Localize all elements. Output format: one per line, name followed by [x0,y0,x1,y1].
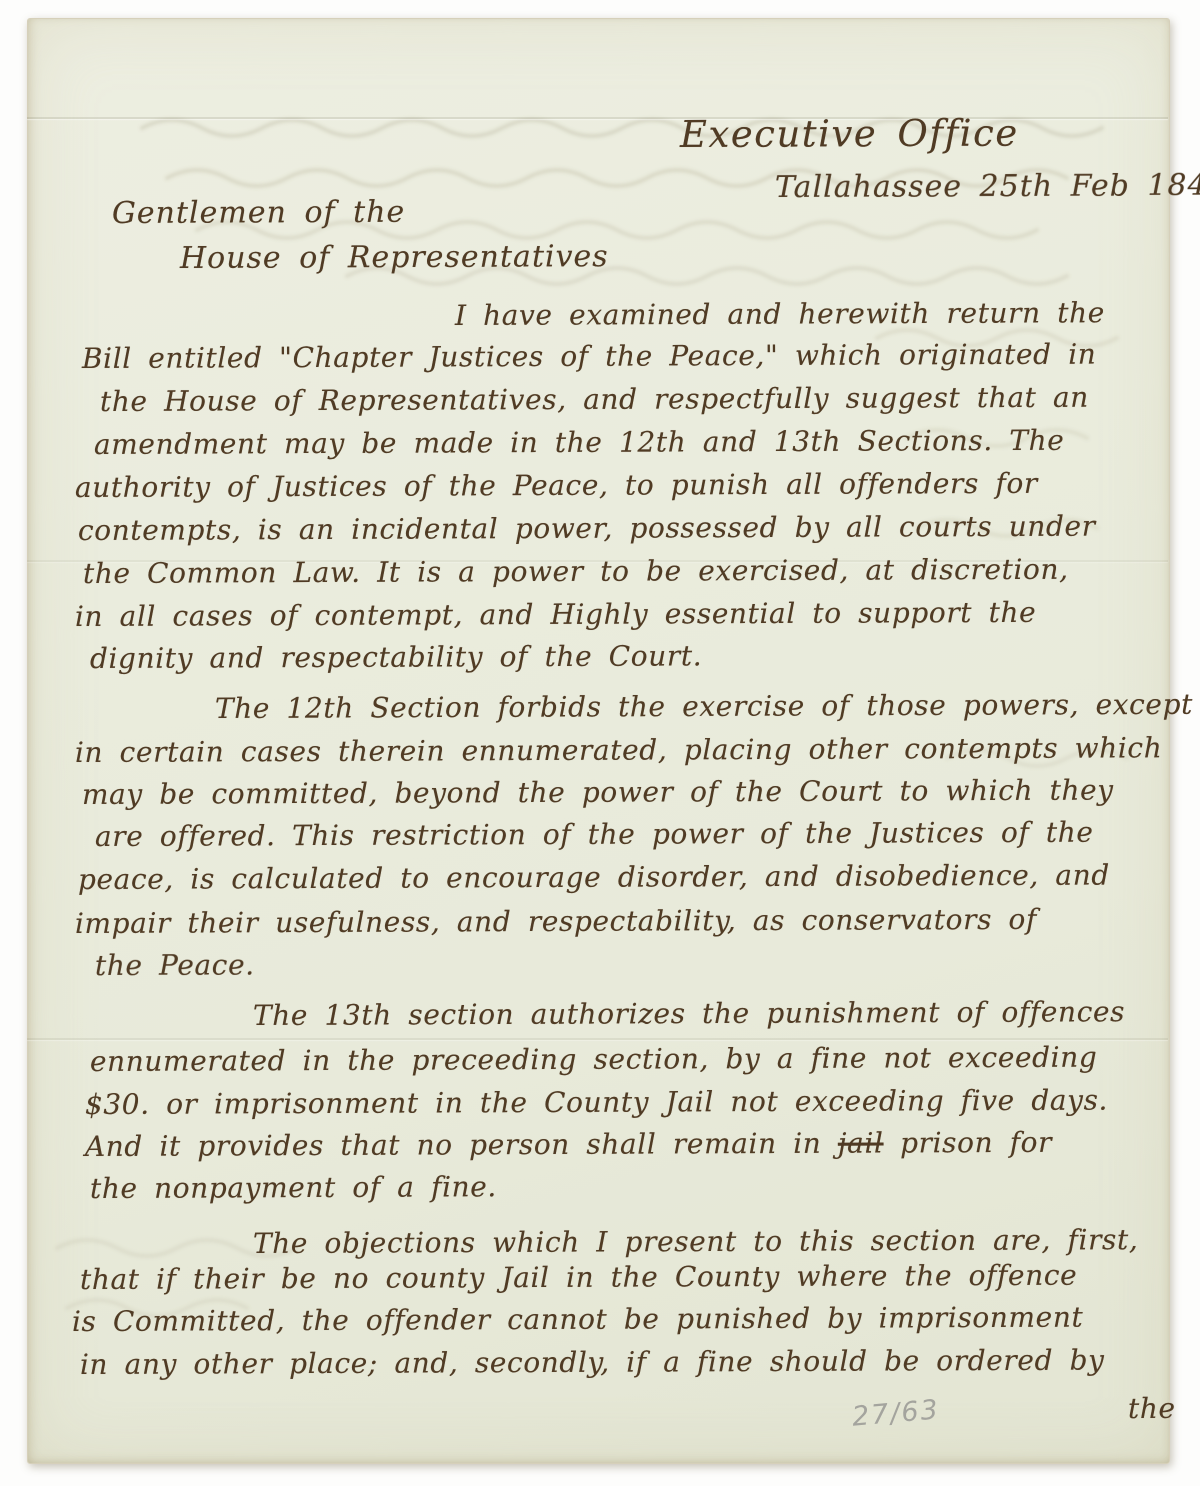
manuscript-line: ennumerated in the preceeding section, b… [90,1041,1098,1078]
heading-dateline: Tallahassee 25th Feb 1843. [775,168,1200,205]
manuscript-line: in all cases of contempt, and Highly ess… [75,596,1036,633]
line-text-before-strike: And it provides that no person shall rem… [85,1127,838,1163]
manuscript-line: in certain cases therein ennumerated, pl… [75,731,1163,769]
manuscript-line: authority of Justices of the Peace, to p… [75,467,1038,504]
manuscript-line: dignity and respectability of the Court. [90,639,702,675]
manuscript-line: the Peace. [95,948,255,982]
manuscript-line: is Committed, the offender cannot be pun… [72,1301,1083,1338]
catchword: the [1128,1392,1176,1425]
manuscript-line: contempts, is an incidental power, posse… [78,510,1096,547]
struck-word: jail [838,1127,884,1160]
manuscript-line: The 13th section authorizes the punishme… [253,995,1125,1032]
document-scan: Executive Office Tallahassee 25th Feb 18… [0,0,1200,1486]
manuscript-line: Bill entitled "Chapter Justices of the P… [82,338,1097,375]
manuscript-line: the Common Law. It is a power to be exer… [83,553,1069,590]
manuscript-line: $30. or imprisonment in the County Jail … [85,1084,1108,1121]
manuscript-line: are offered. This restriction of the pow… [95,816,1094,853]
manuscript-line-with-correction: And it provides that no person shall rem… [85,1126,1052,1163]
manuscript-line: amendment may be made in the 12th and 13… [94,424,1065,461]
manuscript-line: impair their usefulness, and respectabil… [75,903,1037,940]
manuscript-line: that if their be no county Jail in the C… [80,1259,1077,1296]
fold-crease [27,1038,1168,1040]
manuscript-line: may be committed, beyond the power of th… [82,773,1114,811]
heading-office: Executive Office [680,112,1019,156]
manuscript-line: The 12th Section forbids the exercise of… [215,688,1193,725]
manuscript-line: the House of Representatives, and respec… [100,381,1089,418]
manuscript-line: I have examined and herewith return the [455,296,1105,332]
salutation-line-1: Gentlemen of the [112,195,405,231]
salutation-line-2: House of Representatives [180,239,609,276]
line-text-after-strike: prison for [883,1126,1052,1160]
manuscript-line: in any other place; and, secondly, if a … [80,1344,1105,1381]
manuscript-line: the nonpayment of a fine. [90,1170,497,1205]
manuscript-line: peace, is calculated to encourage disord… [78,858,1110,896]
manuscript-line: The objections which I present to this s… [253,1223,1139,1260]
